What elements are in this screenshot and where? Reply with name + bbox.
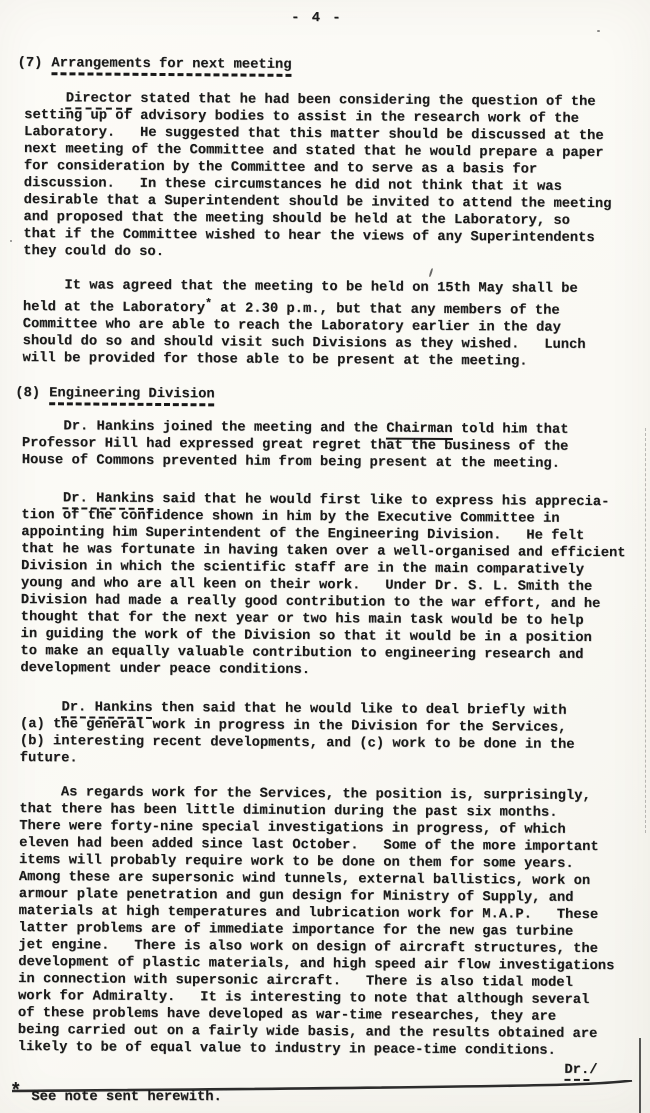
paragraph-indent (21, 491, 63, 506)
scan-artifact-dashed-edge (645, 428, 646, 833)
paragraph-director-advisory-bodies: Director stated that he had been conside… (23, 90, 650, 264)
underlined-word-chairman: Chairman (386, 422, 452, 440)
document-page: - 4 - (7)Arrangements for next meeting D… (0, 0, 650, 1113)
underlined-name-dr-hankins: Dr. Hankins (61, 700, 152, 718)
section-heading-8: (8)Engineering Division (15, 385, 650, 407)
scan-speck (491, 430, 494, 433)
footnote: *See note sent herewith. (10, 1076, 644, 1110)
footnote-text: See note sent herewith. (31, 1090, 221, 1105)
paragraph-text: stated that he had been considering the … (23, 92, 611, 260)
underlined-name-dr-hankins: Dr. Hankins (63, 491, 154, 509)
heading-title: Arrangements for next meeting (51, 56, 291, 77)
paragraph-services-work: As regards work for the Services, the po… (18, 784, 650, 1060)
section-heading-7: (7)Arrangements for next meeting (17, 55, 650, 77)
paragraph-hankins-three-topics: Dr. Hankins then said that he would like… (20, 699, 650, 771)
footnote-marker-asterisk: * (10, 1083, 21, 1100)
paragraph-hankins-appreciation: Dr. Hankins said that he would first lik… (20, 490, 650, 681)
underlined-word-director: Director (66, 91, 132, 109)
page-number: - 4 - (0, 8, 637, 29)
paragraph-text: said that he would first like to express… (20, 492, 625, 678)
heading-number: (7) (18, 56, 43, 71)
scan-speck (10, 240, 12, 242)
footnote-row: *See note sent herewith. (10, 1087, 222, 1106)
scan-artifact-solid-edge (639, 1038, 641, 1113)
paragraph-indent (24, 91, 66, 106)
paragraph-text: Dr. Hankins joined the meeting and the (22, 419, 386, 437)
scan-speck (597, 30, 600, 32)
heading-title: Engineering Division (49, 386, 215, 406)
paragraph-meeting-agreed: It was agreed that the meeting to be hel… (22, 277, 650, 371)
paragraph-text: As regards work for the Services, the po… (18, 785, 615, 1059)
paragraph-hankins-joined: Dr. Hankins joined the meeting and the C… (22, 418, 650, 473)
paragraph-indent (20, 700, 62, 715)
typed-content: - 4 - (7)Arrangements for next meeting D… (0, 0, 650, 1079)
heading-number: (8) (15, 386, 40, 401)
